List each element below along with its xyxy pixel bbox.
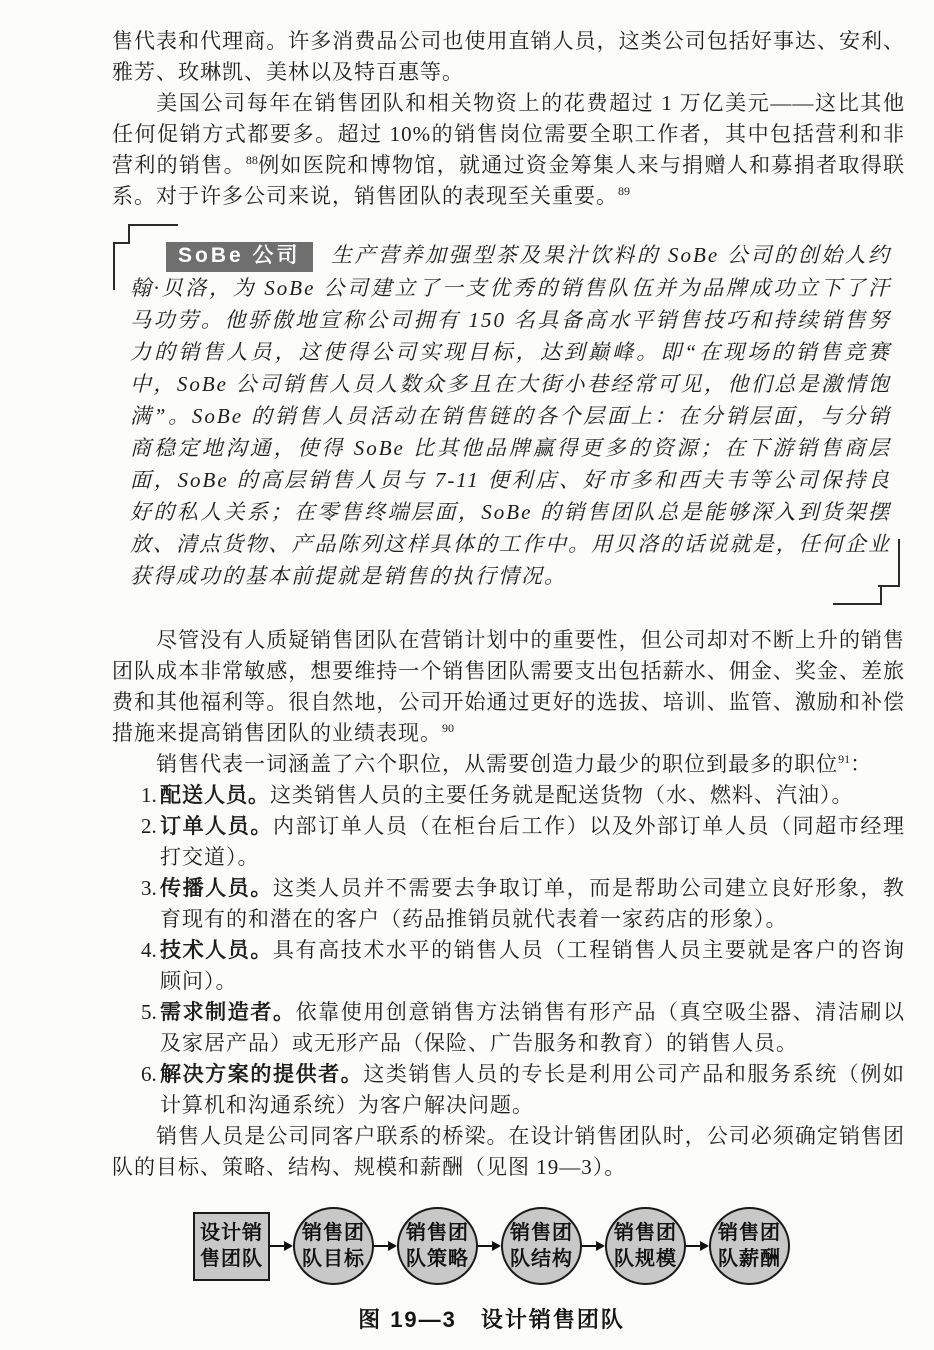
sobe-case-box: SoBe 公司生产营养加强型茶及果汁饮料的 SoBe 公司的创始人约翰·贝洛，为… xyxy=(130,236,891,601)
paragraph-text: ： xyxy=(850,752,872,776)
list-term: 订单人员。 xyxy=(160,815,273,838)
paragraph-bridge: 销售人员是公司同客户联系的桥梁。在设计销售团队时，公司必须确定销售团队的目标、策… xyxy=(112,1121,905,1183)
arrow-line xyxy=(478,1245,492,1247)
arrow-line xyxy=(270,1245,284,1247)
list-number: 3. xyxy=(141,873,157,904)
paragraph-six-positions-intro: 销售代表一词涵盖了六个职位，从需要创造力最少的职位到最多的职位91： xyxy=(112,749,905,780)
flow-node-strategy: 销售团队策略 xyxy=(397,1207,478,1285)
arrow-head xyxy=(492,1241,501,1251)
corner-bracket-top-left-step xyxy=(113,242,130,290)
corner-bracket-bottom-right xyxy=(833,585,882,605)
footnote-ref-90: 90 xyxy=(442,721,454,735)
node-label: 销售团队策略 xyxy=(405,1220,471,1272)
arrow-right-icon xyxy=(582,1241,605,1251)
paragraph-text: 销售代表一词涵盖了六个职位，从需要创造力最少的职位到最多的职位 xyxy=(156,752,838,776)
arrow-right-icon xyxy=(686,1241,709,1251)
arrow-head xyxy=(700,1241,709,1251)
arrow-head xyxy=(596,1241,605,1251)
corner-bracket-top-left xyxy=(128,224,178,244)
list-number: 1. xyxy=(141,780,157,811)
node-label: 销售团队规模 xyxy=(613,1220,679,1272)
arrow-right-icon xyxy=(270,1241,293,1251)
paragraph-text: 售代表和代理商。许多消费品公司也使用直销人员，这类公司包括好事达、安利、雅芳、玫… xyxy=(112,29,905,84)
list-term: 技术人员。 xyxy=(160,939,273,962)
figure-19-3: 设计销售团队 销售团队目标 销售团队策略 销售团队结构 销售团队规模 销售团队薪… xyxy=(112,1207,905,1334)
node-label: 销售团队薪酬 xyxy=(717,1220,783,1272)
flow-start-node: 设计销售团队 xyxy=(193,1212,270,1281)
arrow-right-icon xyxy=(374,1241,397,1251)
case-text: 生产营养加强型茶及果汁饮料的 SoBe 公司的创始人约翰·贝洛，为 SoBe 公… xyxy=(130,243,891,588)
arrow-line xyxy=(686,1245,700,1247)
list-term: 配送人员。 xyxy=(160,784,270,807)
case-body: SoBe 公司生产营养加强型茶及果汁饮料的 SoBe 公司的创始人约翰·贝洛，为… xyxy=(130,239,891,592)
list-number: 4. xyxy=(141,935,157,966)
arrow-line xyxy=(374,1245,388,1247)
book-page: 售代表和代理商。许多消费品公司也使用直销人员，这类公司包括好事达、安利、雅芳、玫… xyxy=(0,0,934,1350)
paragraph-text: 尽管没有人质疑销售团队在营销计划中的重要性，但公司却对不断上升的销售团队成本非常… xyxy=(112,628,905,745)
arrow-line xyxy=(582,1245,596,1247)
arrow-head xyxy=(284,1241,293,1251)
list-item: 1.配送人员。这类销售人员的主要任务就是配送货物（水、燃料、汽油）。 xyxy=(112,780,905,811)
figure-caption: 图 19—3 设计销售团队 xyxy=(193,1303,790,1334)
list-number: 6. xyxy=(141,1059,157,1090)
list-term: 解决方案的提供者。 xyxy=(160,1063,363,1086)
sales-positions-list: 1.配送人员。这类销售人员的主要任务就是配送货物（水、燃料、汽油）。 2.订单人… xyxy=(112,780,905,1121)
text-block: 售代表和代理商。许多消费品公司也使用直销人员，这类公司包括好事达、安利、雅芳、玫… xyxy=(0,0,934,1334)
list-item: 3.传播人员。这类人员并不需要去争取订单，而是帮助公司建立良好形象，教育现有的和… xyxy=(112,873,905,935)
list-item: 2.订单人员。内部订单人员（在柜台后工作）以及外部订单人员（同超市经理打交道）。 xyxy=(112,811,905,873)
flow-node-structure: 销售团队结构 xyxy=(501,1207,582,1285)
footnote-ref-88: 88 xyxy=(246,153,258,167)
list-term: 需求制造者。 xyxy=(160,1001,296,1024)
node-label: 销售团队结构 xyxy=(509,1220,575,1272)
list-number: 5. xyxy=(141,997,157,1028)
list-item: 4.技术人员。具有高技术水平的销售人员（工程销售人员主要就是客户的咨询顾问）。 xyxy=(112,935,905,997)
list-desc: 这类销售人员的主要任务就是配送货物（水、燃料、汽油）。 xyxy=(270,783,854,807)
list-term: 传播人员。 xyxy=(160,877,273,900)
flow-node-objectives: 销售团队目标 xyxy=(293,1207,374,1285)
footnote-ref-89: 89 xyxy=(618,184,630,198)
node-label: 销售团队目标 xyxy=(301,1220,367,1272)
case-title-badge: SoBe 公司 xyxy=(166,242,313,272)
node-label: 设计销售团队 xyxy=(199,1220,265,1272)
paragraph-direct-sellers: 售代表和代理商。许多消费品公司也使用直销人员，这类公司包括好事达、安利、雅芳、玫… xyxy=(112,26,905,88)
paragraph-cost-sensitivity: 尽管没有人质疑销售团队在营销计划中的重要性，但公司却对不断上升的销售团队成本非常… xyxy=(112,625,905,749)
flow-diagram: 设计销售团队 销售团队目标 销售团队策略 销售团队结构 销售团队规模 销售团队薪… xyxy=(193,1207,905,1285)
list-number: 2. xyxy=(141,811,157,842)
paragraph-text: 销售人员是公司同客户联系的桥梁。在设计销售团队时，公司必须确定销售团队的目标、策… xyxy=(112,1124,905,1179)
arrow-head xyxy=(388,1241,397,1251)
list-item: 6.解决方案的提供者。这类销售人员的专长是利用公司产品和服务系统（例如计算机和沟… xyxy=(112,1059,905,1121)
arrow-right-icon xyxy=(478,1241,501,1251)
corner-bracket-bottom-right-step xyxy=(878,539,900,587)
flow-node-size: 销售团队规模 xyxy=(605,1207,686,1285)
footnote-ref-91: 91 xyxy=(838,752,850,766)
flow-node-compensation: 销售团队薪酬 xyxy=(709,1207,790,1285)
list-item: 5.需求制造者。依靠使用创意销售方法销售有形产品（真空吸尘器、清洁刷以及家居产品… xyxy=(112,997,905,1059)
paragraph-sales-spending: 美国公司每年在销售团队和相关物资上的花费超过 1 万亿美元——这比其他任何促销方… xyxy=(112,88,905,212)
